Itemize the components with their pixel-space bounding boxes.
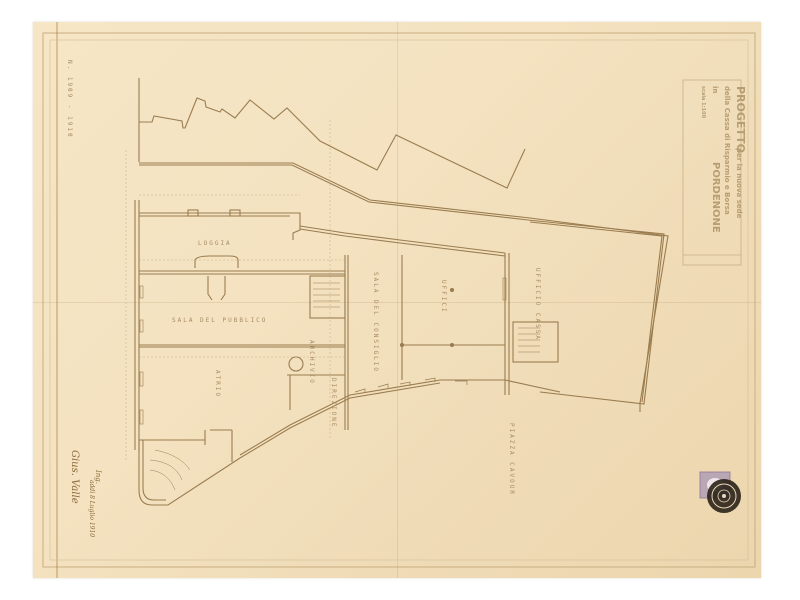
title-line4: in: [711, 86, 719, 93]
signature-date: addì 8 Luglio 1910: [88, 480, 95, 537]
dimension-lines: [126, 120, 345, 460]
circular-seal: [707, 479, 741, 513]
signature-name: Gius. Valle: [69, 450, 80, 504]
scale-label: scala 1:100: [700, 86, 706, 119]
title-line3: della Cassa di Risparmio e Borsa: [723, 86, 731, 215]
room-label-director: DIREZIONE: [330, 378, 337, 429]
room-label-vestibule: ATRIO: [214, 370, 221, 398]
title-line1: PROGETTO: [734, 86, 747, 153]
title-line2: per la nuova sede: [735, 148, 743, 219]
title-block: PROGETTO per la nuova sede della Cassa d…: [683, 80, 747, 265]
room-label-cashier: UFFICIO CASSA: [534, 268, 541, 341]
inner-border: [50, 40, 748, 560]
plan-walls: [135, 78, 668, 505]
title-line5: PORDENONE: [710, 162, 721, 233]
margin-note: N. 1909 - 1910: [66, 60, 73, 139]
room-label-archive: ARCHIVIO: [308, 340, 315, 385]
room-label-loggia: LOGGIA: [198, 240, 232, 247]
room-label-council-hall: SALA DEL CONSIGLIO: [372, 272, 379, 373]
street-label: PIAZZA CAVOUR: [508, 423, 515, 496]
sheet-border: [43, 33, 755, 567]
room-label-offices: UFFICI: [440, 280, 447, 314]
room-label-public-hall: SALA DEL PUBBLICO: [172, 317, 267, 324]
floor-plan-drawing: PROGETTO per la nuova sede della Cassa d…: [0, 0, 800, 600]
